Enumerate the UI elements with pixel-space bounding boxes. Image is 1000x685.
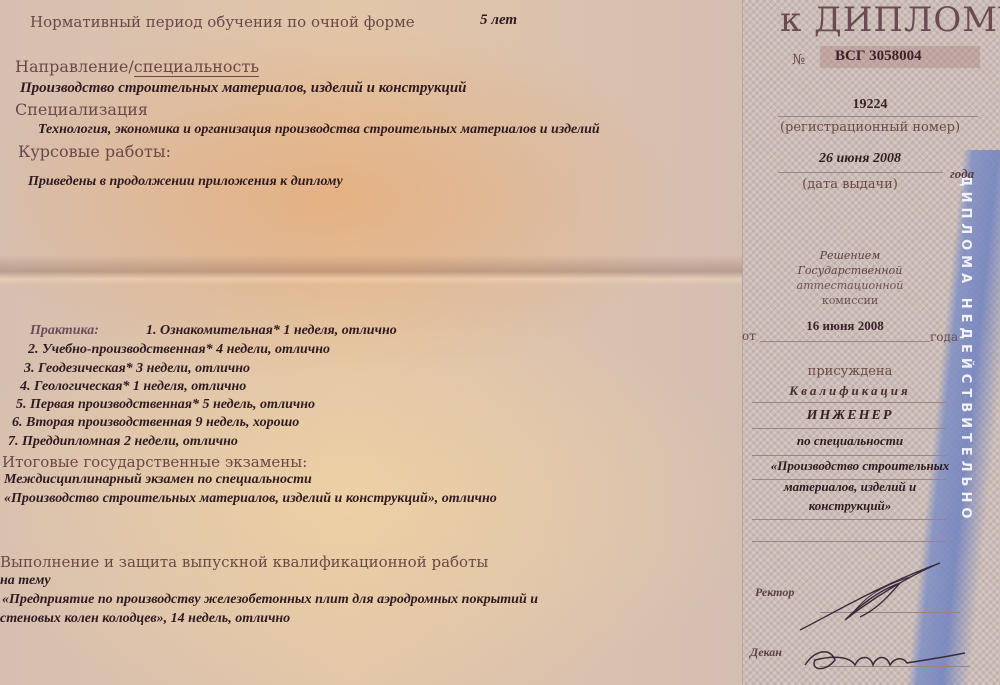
registration-number-caption: (регистрационный номер) bbox=[760, 120, 980, 135]
thesis-title-line: «Предприятие по производству железобетон… bbox=[2, 592, 538, 608]
practice-item: 7. Преддипломная 2 недели, отлично bbox=[8, 434, 238, 450]
thesis-topic-label: на тему bbox=[0, 573, 51, 589]
decision-text: Государственной bbox=[770, 264, 930, 277]
specialization-label: Специализация bbox=[15, 100, 148, 119]
study-period-value: 5 лет bbox=[480, 12, 517, 29]
thesis-label: Выполнение и защита выпускной квалификац… bbox=[0, 553, 488, 571]
registration-number: 19224 bbox=[760, 97, 980, 113]
practice-label: Практика: bbox=[30, 323, 99, 339]
diploma-number: ВСГ 3058004 bbox=[835, 48, 922, 65]
rector-signature-icon bbox=[790, 555, 970, 635]
decision-text: комиссии bbox=[770, 294, 930, 307]
exam-line: «Производство строительных материалов, и… bbox=[4, 491, 497, 507]
decision-text: аттестационной bbox=[770, 279, 930, 292]
qualification-value-line bbox=[752, 428, 947, 429]
issue-date-line bbox=[778, 172, 943, 173]
practice-item: 2. Учебно-производственная* 4 недели, от… bbox=[28, 342, 330, 358]
decision-date: 16 июня 2008 bbox=[770, 318, 920, 334]
by-specialty-text: по специальности bbox=[750, 433, 950, 449]
exams-label: Итоговые государственные экзамены: bbox=[2, 453, 307, 471]
awarded-text: присуждена bbox=[750, 364, 950, 379]
direction-label-prefix: Направление/ bbox=[15, 57, 134, 76]
thesis-title-line: стеновых колен колодцев», 14 недель, отл… bbox=[0, 611, 290, 627]
issue-date-caption: (дата выдачи) bbox=[760, 177, 940, 192]
decision-text: Решением bbox=[770, 249, 930, 262]
practice-item: 4. Геологическая* 1 неделя, отлично bbox=[20, 379, 246, 395]
decision-year-word: года bbox=[930, 330, 958, 344]
signature-line bbox=[752, 541, 947, 542]
specialty-value: конструкций» bbox=[750, 498, 950, 514]
practice-item: 3. Геодезическая* 3 недели, отлично bbox=[24, 361, 250, 377]
specialty-line bbox=[752, 455, 947, 456]
practice-item: 5. Первая производственная* 5 недель, от… bbox=[16, 397, 315, 413]
supplement-header: к ДИПЛОМУ bbox=[780, 0, 1000, 40]
dean-signature-icon bbox=[795, 635, 975, 680]
specialty-line bbox=[752, 519, 947, 520]
coursework-value: Приведены в продолжении приложения к дип… bbox=[28, 174, 343, 190]
qualification-label: Квалификация bbox=[750, 383, 950, 399]
practice-item: 1. Ознакомительная* 1 неделя, отлично bbox=[146, 323, 397, 339]
coursework-label: Курсовые работы: bbox=[18, 142, 171, 161]
issue-year-word: года bbox=[950, 166, 974, 182]
registration-number-line bbox=[778, 116, 978, 117]
qualification-value: ИНЖЕНЕР bbox=[750, 408, 950, 424]
page-fold-shadow bbox=[0, 255, 760, 285]
study-period-label: Нормативный период обучения по очной фор… bbox=[30, 13, 415, 31]
issue-date: 26 июня 2008 bbox=[760, 151, 960, 167]
specialty-value: «Производство строительных bbox=[750, 458, 970, 474]
direction-label: Направление/специальность bbox=[15, 57, 259, 76]
direction-label-specialty: специальность bbox=[134, 57, 259, 77]
specialization-value: Технология, экономика и организация прои… bbox=[38, 122, 600, 138]
dean-label: Декан bbox=[750, 645, 782, 660]
rector-label: Ректор bbox=[755, 585, 794, 600]
number-sign: № bbox=[792, 52, 805, 68]
from-word: от bbox=[742, 329, 756, 343]
decision-date-line bbox=[760, 341, 930, 342]
qualification-line bbox=[752, 402, 947, 403]
specialty-value: материалов, изделий и bbox=[750, 479, 950, 495]
exam-line: Междисциплинарный экзамен по специальнос… bbox=[4, 472, 312, 488]
practice-item: 6. Вторая производственная 9 недель, хор… bbox=[12, 415, 299, 431]
direction-value: Производство строительных материалов, из… bbox=[20, 80, 467, 97]
